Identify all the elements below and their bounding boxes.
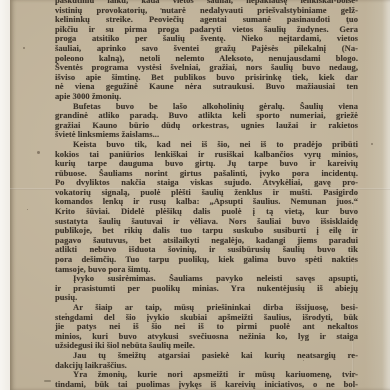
text-line: vokatorių signalą, puolė plėšti šaulių ž… xyxy=(55,188,358,198)
text-line: gražiai Kauno būrio dūdų orkestras, ugni… xyxy=(55,121,358,131)
text-line: grandinė atliko paradą. Buvo atlikta kel… xyxy=(55,111,358,121)
paper-speck xyxy=(303,360,304,361)
text-line: sustatyta šaulių šautuvai ir vėliava. No… xyxy=(55,217,358,227)
scanned-page: paskutiniu laiku, kada vietos šauliai, n… xyxy=(0,0,390,390)
text-line: komandos lenkų ir rusų kalba: „Apsupti š… xyxy=(55,197,358,207)
paper-speck xyxy=(23,47,25,49)
text-line: pora dešimčių. Tuo tarpu puolikų, kiek g… xyxy=(55,255,358,265)
text-line: pikčiu ir su pirma proga padaryti vietos… xyxy=(55,25,358,35)
text-line: šauliai, aprinko savo šventei gražų Pajė… xyxy=(55,44,358,54)
paper-speck xyxy=(347,22,349,24)
paper-speck xyxy=(160,8,162,10)
text-line: pusių. xyxy=(55,293,358,303)
text-line: vistinių provokatorių, nutarė nedalyvaut… xyxy=(55,6,358,16)
text-line: išviso apie šimtinę. Bet publikos buvo p… xyxy=(55,73,358,83)
text-line: tamsoje, buvo pora šimtų. xyxy=(55,265,358,275)
scanner-margin xyxy=(0,0,10,390)
text-line: publikoje, bet rikių dalis tuo tarpu sus… xyxy=(55,226,358,236)
paper-speck xyxy=(27,209,28,210)
text-line: apie 3000 žmonių. xyxy=(55,92,358,102)
text-line: Yra žmonių, kurie nori apsmeižti ir mūsų… xyxy=(55,370,358,380)
text-line: kurių tarpe dauguma buvo girtų. Jų tarpe… xyxy=(55,159,358,169)
text-line: Jau tų šmeižtų atgarsiai pasiekė kai kur… xyxy=(55,351,358,361)
text-line: užsidegusi iki šiol nebūta šaulių meile. xyxy=(55,341,358,351)
paper-speck xyxy=(352,257,354,259)
text-line: proga atsitiko per šaulių šventę. Nieko … xyxy=(55,34,358,44)
paper-speck xyxy=(343,104,345,106)
text-line: nė viena gegužinė Kaune nėra sutraukusi.… xyxy=(55,82,358,92)
text-line: švietė linksmiems žaislams... xyxy=(55,130,358,140)
pencil-mark xyxy=(44,380,51,382)
paper-speck xyxy=(371,143,373,145)
text-line: Po dvyliktos nakčia staiga viskas sujudo… xyxy=(55,178,358,188)
text-line: poleono kalną), netoli nelemto Aleksoto,… xyxy=(55,54,358,64)
text-line: atlikti nebuvo išduota šovinių, ir susib… xyxy=(55,245,358,255)
text-line: Keista buvo tik, kad nei iš šio, nei iš … xyxy=(55,140,358,150)
text-line: stengdami del šio įvykio skubiai apšmeiž… xyxy=(55,313,358,323)
text-line: Ar šiaip ar taip, mūsų priešininkai dirb… xyxy=(55,303,358,313)
document-text: paskutiniu laiku, kada vietos šauliai, n… xyxy=(55,0,358,389)
text-line: jie patys nei iš šio nei iš to pirmi puo… xyxy=(55,322,358,332)
text-line: dakcijų laikraščius. xyxy=(55,361,358,371)
text-line: tindami, būk tai puolimas įvykęs iš kare… xyxy=(55,380,358,390)
text-line: Įvyko susirėmimas. Šauliams pavyko nelei… xyxy=(55,274,358,284)
paper-speck xyxy=(65,313,67,315)
text-line: Krito šūviai. Didelė plėšikų dalis puolė… xyxy=(55,207,358,217)
text-line: ir prasistumti per puolikų minias. Yra n… xyxy=(55,284,358,294)
text-line: minios, kuri buvo atvykusi svečiuosna ne… xyxy=(55,332,358,342)
paper-speck xyxy=(37,151,40,154)
text-line: kokios tai paniūrios lenkiškai ir rusišk… xyxy=(55,150,358,160)
text-line: pagavo šautuvus, bet atsilaikyti negalėj… xyxy=(55,236,358,246)
text-line: Šventės programa vystėsi švelniai, graži… xyxy=(55,63,358,73)
text-line: Bufetas buvo be lašo alkoholinių gėralų.… xyxy=(55,102,358,112)
text-line: rūbuose. Šauliams norint girtus pašalint… xyxy=(55,169,358,179)
text-line: kelininkų streike. Peoviečių agentai sum… xyxy=(55,15,358,25)
